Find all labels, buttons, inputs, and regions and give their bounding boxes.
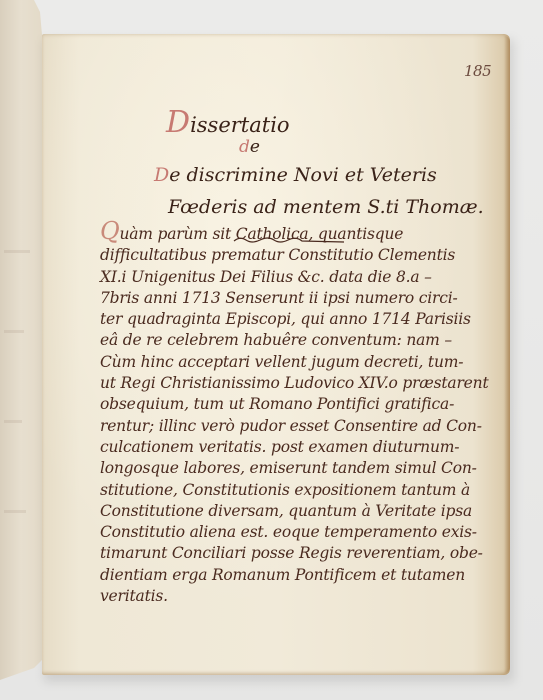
text-line: Constitutione diversam, quantum à Verita… (100, 501, 510, 522)
text-line: Constitutio aliena est. eoque temperamen… (100, 522, 510, 543)
text-line: Cùm hinc acceptari vellent jugum decreti… (100, 352, 510, 373)
text-line: ter quadraginta Episcopi, qui anno 1714 … (100, 309, 510, 330)
text-line: veritatis. (100, 586, 510, 607)
title-dissertatio: Dissertatio (166, 105, 290, 140)
title-discrimine: De discrimine Novi et Veteris (154, 164, 437, 186)
facing-page-edge (0, 0, 43, 700)
title-de: de (239, 137, 260, 157)
title-text: e discrimine Novi et Veteris (169, 164, 437, 186)
text-line: longosque labores, emiserunt tandem simu… (100, 458, 510, 479)
ink-bleed (4, 420, 22, 423)
text-line: difficultatibus prematur Constitutio Cle… (100, 245, 510, 266)
manuscript-page: 185 Dissertatio de De discrimine Novi et… (42, 34, 510, 675)
text-line: Quàm parùm sit Catholica, quantisque (100, 224, 510, 245)
body-paragraph: Quàm parùm sit Catholica, quantisque dif… (100, 224, 510, 607)
ink-bleed (4, 250, 30, 253)
rubric-drop-initial: Q (100, 217, 119, 245)
ink-bleed (4, 330, 24, 333)
text-line: obsequium, tum ut Romano Pontifici grati… (100, 394, 510, 415)
page-number: 185 (464, 62, 491, 80)
text-line: dientiam erga Romanum Pontificem et tuta… (100, 565, 510, 586)
rubric-initial: D (154, 164, 169, 186)
text-line: rentur; illinc verò pudor esset Consenti… (100, 416, 510, 437)
ink-bleed (4, 510, 26, 513)
text-line: stitutione, Constitutionis expositionem … (100, 480, 510, 501)
text-line: timarunt Conciliari posse Regis reverent… (100, 543, 510, 564)
text-line: ut Regi Christianissimo Ludovico XIV.o p… (100, 373, 510, 394)
title-text: issertatio (190, 113, 290, 137)
text-line: eâ de re celebrem habuêre conventum: nam… (100, 330, 510, 351)
line-text: uàm parùm sit Catholica, quantisque (119, 225, 403, 243)
title-foederis: Fœderis ad mentem S.ti Thomæ. (168, 196, 484, 218)
rubric-initial: d (239, 137, 250, 157)
text-line: XI.i Unigenitus Dei Filius &c. data die … (100, 267, 510, 288)
text-line: culcationem veritatis. post examen diutu… (100, 437, 510, 458)
text-line: 7bris anni 1713 Senserunt ii ipsi numero… (100, 288, 510, 309)
title-text: e (250, 137, 260, 157)
rubric-initial: D (166, 105, 190, 140)
